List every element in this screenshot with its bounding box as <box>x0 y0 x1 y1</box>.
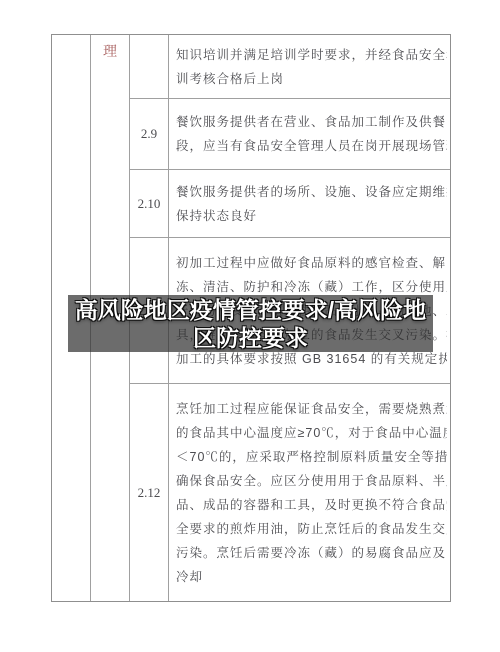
row-text-cell: 餐饮服务提供者的场所、设施、设备应定期维护， 保持状态良好 <box>169 170 450 237</box>
text-line: 冷却 <box>176 565 447 589</box>
row-text-cell: 初加工过程中应做好食品原料的感官检查、解 冻、清洁、防护和冷冻（藏）工作，区分使… <box>169 238 450 383</box>
table-row-2-9: 2.9 餐饮服务提供者在营业、食品加工制作及供餐时 段，应当有食品安全管理人员在… <box>130 99 450 170</box>
table-row-2-10: 2.10 餐饮服务提供者的场所、设施、设备应定期维护， 保持状态良好 <box>130 170 450 238</box>
text-line: 确保食品安全。应区分使用用于食品原料、半成 <box>176 469 447 493</box>
text-line: 全要求的煎炸用油，防止烹饪后的食品发生交叉 <box>176 517 447 541</box>
table-row-2-12: 2.12 烹饪加工过程应能保证食品安全，需要烧熟煮透 的食品其中心温度应≥70℃… <box>130 384 450 601</box>
document-page: 理 知识培训并满足培训学时要求，并经食品安全培 训考核合格后上岗 2.9 餐饮服… <box>0 0 500 652</box>
text-line: 加工的具体要求按照 GB 31654 的有关规定执行 <box>176 347 447 371</box>
row-number-cell <box>130 35 169 98</box>
text-line: 段，应当有食品安全管理人员在岗开展现场管理 <box>176 134 447 158</box>
text-line: 知识培训并满足培训学时要求，并经食品安全培 <box>176 43 447 67</box>
table-row-2-11: 2.11 初加工过程中应做好食品原料的感官检查、解 冻、清洁、防护和冷冻（藏）工… <box>130 238 450 384</box>
table-column-empty <box>52 35 91 601</box>
row-number-cell: 2.10 <box>130 170 169 237</box>
text-line: 餐饮服务提供者在营业、食品加工制作及供餐时 <box>176 110 447 134</box>
text-line: 品、成品的容器和工具，及时更换不符合食品安 <box>176 493 447 517</box>
row-text-cell: 烹饪加工过程应能保证食品安全，需要烧熟煮透 的食品其中心温度应≥70℃，对于食品… <box>169 384 450 601</box>
text-line: 具，避免原料与已加工的食品发生交叉污染。初 <box>176 323 447 347</box>
text-line: 初加工过程中应做好食品原料的感官检查、解 <box>176 251 447 275</box>
text-line: 训考核合格后上岗 <box>176 67 447 91</box>
category-label: 理 <box>103 43 117 59</box>
row-text-cell: 知识培训并满足培训学时要求，并经食品安全培 训考核合格后上岗 <box>169 35 450 98</box>
text-line: 烹饪加工过程应能保证食品安全，需要烧熟煮透 <box>176 397 447 421</box>
row-text-cell: 餐饮服务提供者在营业、食品加工制作及供餐时 段，应当有食品安全管理人员在岗开展现… <box>169 99 450 169</box>
regulation-table: 理 知识培训并满足培训学时要求，并经食品安全培 训考核合格后上岗 2.9 餐饮服… <box>51 34 451 602</box>
text-line: 餐饮服务提供者的场所、设施、设备应定期维护， <box>176 180 447 204</box>
table-column-category: 理 <box>91 35 130 601</box>
text-line: 于动物性食品、植物性食品、水产品的水池、工 <box>176 299 447 323</box>
text-line: 的食品其中心温度应≥70℃，对于食品中心温度 <box>176 421 447 445</box>
text-line: 保持状态良好 <box>176 204 447 228</box>
row-number-cell: 2.12 <box>130 384 169 601</box>
row-number-cell: 2.9 <box>130 99 169 169</box>
table-row-training: 知识培训并满足培训学时要求，并经食品安全培 训考核合格后上岗 <box>130 35 450 99</box>
text-line: 污染。烹饪后需要冷冻（藏）的易腐食品应及时 <box>176 541 447 565</box>
table-rows: 知识培训并满足培训学时要求，并经食品安全培 训考核合格后上岗 2.9 餐饮服务提… <box>130 35 450 601</box>
text-line: 冻、清洁、防护和冷冻（藏）工作，区分使用用 <box>176 275 447 299</box>
text-line: ＜70℃的，应采取严格控制原料质量安全等措施 <box>176 445 447 469</box>
row-number-cell: 2.11 <box>130 238 169 383</box>
